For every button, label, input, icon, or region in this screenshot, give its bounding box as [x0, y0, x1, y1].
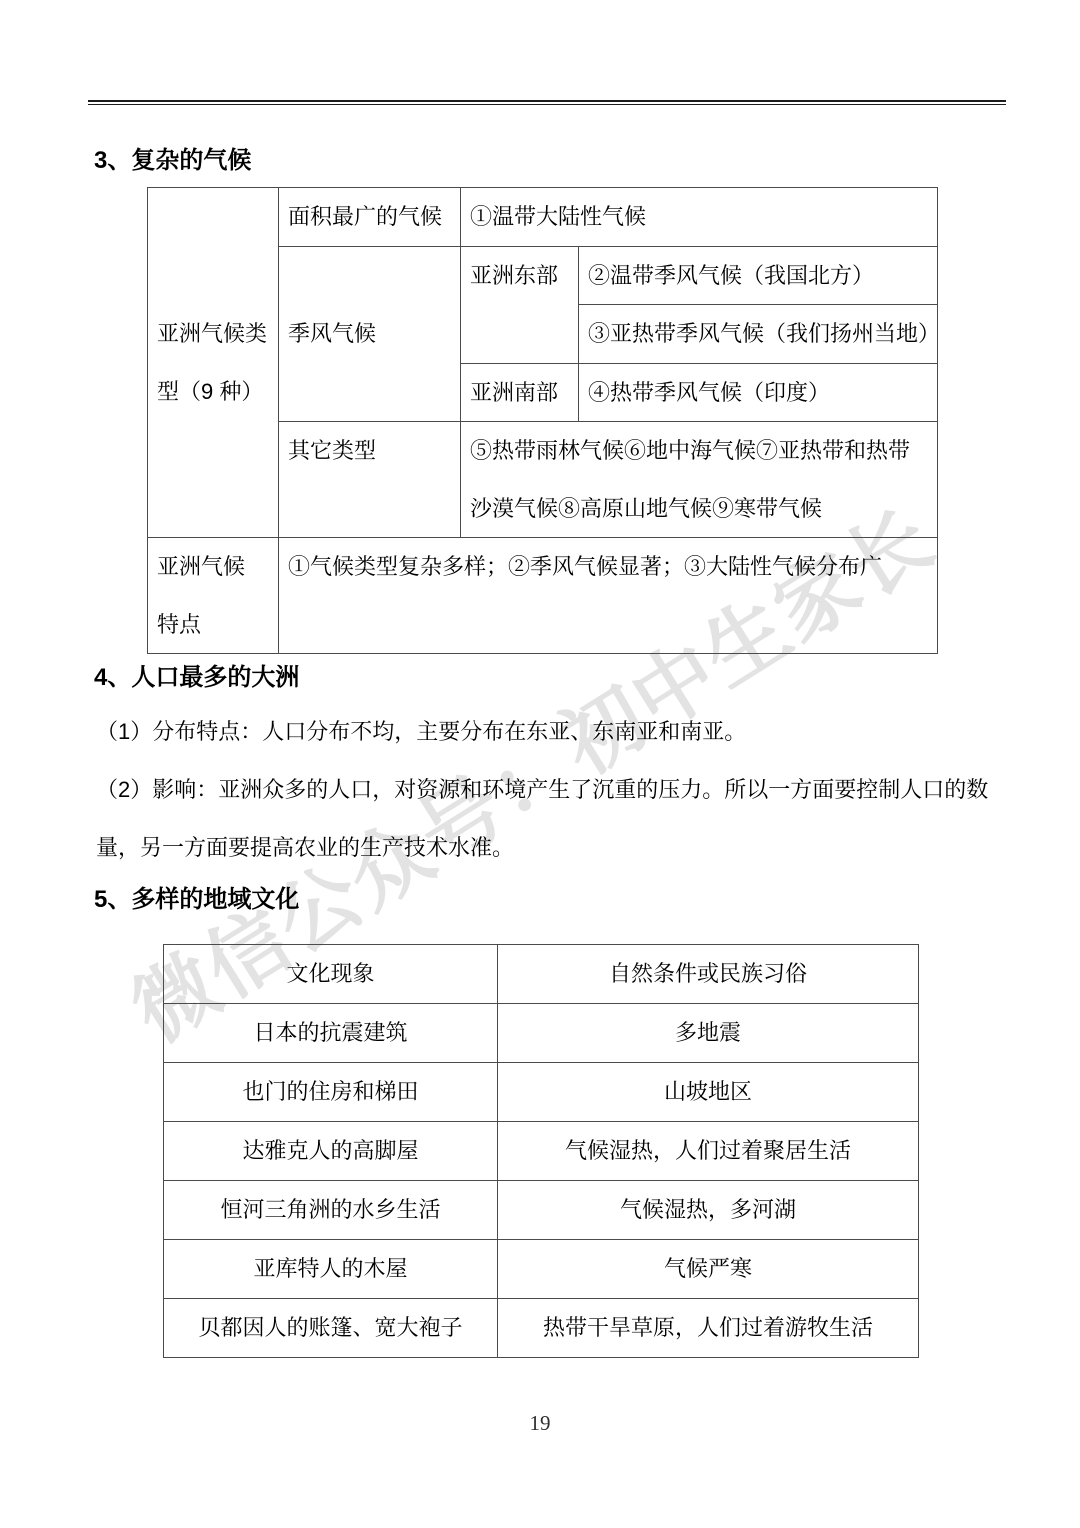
- culture-table: 文化现象 自然条件或民族习俗 日本的抗震建筑 多地震 也门的住房和梯田 山坡地区…: [163, 944, 919, 1358]
- widest-climate-label-cell: 面积最广的气候: [279, 188, 461, 247]
- population-distribution-paragraph: （1）分布特点：人口分布不均，主要分布在东亚、东南亚和南亚。: [96, 703, 1008, 761]
- population-impact-paragraph: （2）影响：亚洲众多的人口，对资源和环境产生了沉重的压力。所以一方面要控制人口的…: [96, 761, 1008, 876]
- culture-condition-cell: 山坡地区: [498, 1063, 919, 1122]
- east-asia-region-cell: 亚洲东部: [461, 246, 579, 363]
- widest-climate-value-cell: ①温带大陆性气候: [461, 188, 938, 247]
- culture-condition-cell: 多地震: [498, 1004, 919, 1063]
- culture-table-row: 贝都因人的账篷、宽大袍子 热带干旱草原，人们过着游牧生活: [164, 1299, 919, 1358]
- culture-condition-cell: 热带干旱草原，人们过着游牧生活: [498, 1299, 919, 1358]
- culture-phenomenon-cell: 贝都因人的账篷、宽大袍子: [164, 1299, 498, 1358]
- culture-table-row: 也门的住房和梯田 山坡地区: [164, 1063, 919, 1122]
- section-5-heading: 5、多样的地域文化: [94, 885, 299, 915]
- climate-features-value-cell: ①气候类型复杂多样；②季风气候显著；③大陆性气候分布广: [279, 538, 938, 654]
- culture-header-condition-cell: 自然条件或民族习俗: [498, 945, 919, 1004]
- climate-table-row-widest: 亚洲气候类 型（9 种） 面积最广的气候 ①温带大陆性气候: [148, 188, 938, 247]
- culture-table-row: 日本的抗震建筑 多地震: [164, 1004, 919, 1063]
- east-asia-item1-cell: ②温带季风气候（我国北方）: [579, 246, 938, 305]
- culture-condition-cell: 气候严寒: [498, 1240, 919, 1299]
- culture-phenomenon-cell: 亚库特人的木屋: [164, 1240, 498, 1299]
- culture-condition-cell: 气候湿热，多河湖: [498, 1181, 919, 1240]
- monsoon-label-cell: 季风气候: [279, 246, 461, 422]
- culture-header-phenomenon-cell: 文化现象: [164, 945, 498, 1004]
- climate-features-label-cell: 亚洲气候 特点: [148, 538, 279, 654]
- culture-table-row: 达雅克人的高脚屋 气候湿热，人们过着聚居生活: [164, 1122, 919, 1181]
- culture-table-row: 亚库特人的木屋 气候严寒: [164, 1240, 919, 1299]
- east-asia-item2-cell: ③亚热带季风气候（我们扬州当地）: [579, 305, 938, 364]
- document-page: 微信公众号：初中生家长 3、复杂的气候 亚洲气候类 型（9 种） 面积最广的气候…: [0, 0, 1080, 1528]
- culture-phenomenon-cell: 日本的抗震建筑: [164, 1004, 498, 1063]
- other-types-label-cell: 其它类型: [279, 422, 461, 538]
- climate-type-group-cell: 亚洲气候类 型（9 种）: [148, 188, 279, 538]
- culture-phenomenon-cell: 也门的住房和梯田: [164, 1063, 498, 1122]
- culture-table-header-row: 文化现象 自然条件或民族习俗: [164, 945, 919, 1004]
- climate-table: 亚洲气候类 型（9 种） 面积最广的气候 ①温带大陆性气候 季风气候 亚洲东部 …: [147, 187, 938, 654]
- culture-table-row: 恒河三角洲的水乡生活 气候湿热，多河湖: [164, 1181, 919, 1240]
- culture-condition-cell: 气候湿热，人们过着聚居生活: [498, 1122, 919, 1181]
- section-3-heading: 3、复杂的气候: [94, 146, 251, 176]
- culture-phenomenon-cell: 恒河三角洲的水乡生活: [164, 1181, 498, 1240]
- section-4-heading: 4、人口最多的大洲: [94, 663, 299, 693]
- south-asia-region-cell: 亚洲南部: [461, 363, 579, 422]
- other-types-value-cell: ⑤热带雨林气候⑥地中海气候⑦亚热带和热带 沙漠气候⑧高原山地气候⑨寒带气候: [461, 422, 938, 538]
- climate-table-row-features: 亚洲气候 特点 ①气候类型复杂多样；②季风气候显著；③大陆性气候分布广: [148, 538, 938, 654]
- page-number: 19: [0, 1411, 1080, 1436]
- culture-phenomenon-cell: 达雅克人的高脚屋: [164, 1122, 498, 1181]
- south-asia-item-cell: ④热带季风气候（印度）: [579, 363, 938, 422]
- header-divider-rule: [88, 100, 1006, 105]
